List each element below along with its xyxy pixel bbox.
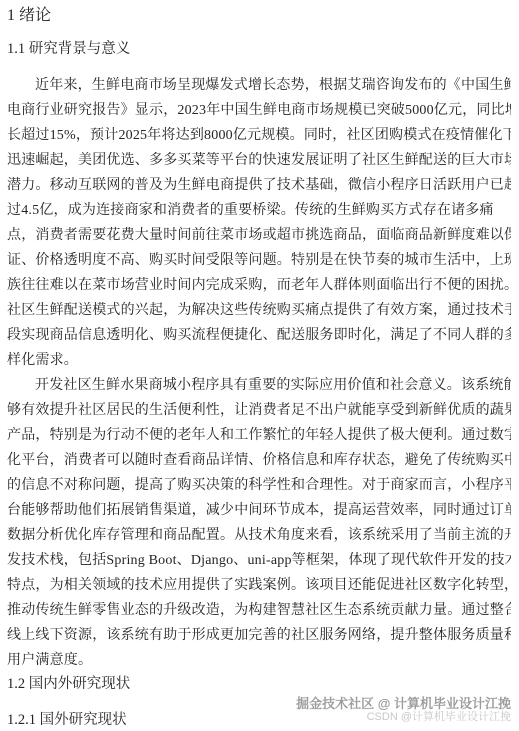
text-line: 开发社区生鲜水果商城小程序具有重要的实际应用价值和社会意义。该系统能 [7,373,511,398]
text-line: 特点，为相关领域的技术应用提供了实践案例。该项目还能促进社区数字化转型， [7,573,511,598]
text-line: 化平台，消费者可以随时查看商品详情、价格信息和库存状态，避免了传统购买中 [7,448,511,473]
watermark-juejin-text: 掘金技术社区 @ 计算机毕业设计江挽 [296,696,511,711]
text-line: 过4.5亿，成为连接商家和消费者的重要桥梁。传统的生鲜购买方式存在诸多痛 [7,198,511,223]
text-line: 用户满意度。 [7,648,511,673]
paragraph-background: 近年来，生鲜电商市场呈现爆发式增长态势，根据艾瑞咨询发布的《中国生鲜电商行业研究… [7,73,511,373]
paragraph-significance: 开发社区生鲜水果商城小程序具有重要的实际应用价值和社会意义。该系统能够有效提升社… [7,373,511,673]
text-line: 电商行业研究报告》显示，2023年中国生鲜电商市场规模已突破5000亿元，同比增 [7,98,511,123]
document-page: 1 绪论 1.1 研究背景与意义 近年来，生鲜电商市场呈现爆发式增长态势，根据艾… [0,0,519,731]
text-line: 长超过15%，预计2025年将达到8000亿元规模。同时，社区团购模式在疫情催化… [7,123,511,148]
text-line: 证、价格透明度不高、购买时间受限等问题。特别是在快节奏的城市生活中，上班 [7,248,511,273]
text-line: 近年来，生鲜电商市场呈现爆发式增长态势，根据艾瑞咨询发布的《中国生鲜 [7,73,511,98]
text-line: 族往往难以在菜市场营业时间内完成采购，而老年人群体则面临出行不便的困扰。 [7,273,511,298]
text-line: 产品，特别是为行动不便的老年人和工作繁忙的年轻人提供了极大便利。通过数字 [7,423,511,448]
text-line: 段实现商品信息透明化、购买流程便捷化、配送服务即时化，满足了不同人群的多 [7,323,511,348]
text-line: 样化需求。 [7,348,511,373]
chapter-title: 1 绪论 [7,6,511,26]
text-line: 社区生鲜配送模式的兴起，为解决这些传统购买痛点提供了有效方案，通过技术手 [7,298,511,323]
section-heading-1-2-1: 1.2.1 国外研究现状 [7,711,511,729]
text-line: 台能够帮助他们拓展销售渠道，减少中间环节成本，提高运营效率，同时通过订单 [7,498,511,523]
section-heading-1-1: 1.1 研究背景与意义 [7,40,511,58]
text-line: 点，消费者需要花费大量时间前往菜市场或超市挑选商品，面临商品新鲜度难以保 [7,223,511,248]
text-line: 推动传统生鲜零售业态的升级改造，为构建智慧社区生态系统贡献力量。通过整合 [7,598,511,623]
text-line: 发技术栈，包括Spring Boot、Django、uni-app等框架，体现了… [7,548,511,573]
text-line: 迅速崛起，美团优选、多多买菜等平台的快速发展证明了社区生鲜配送的巨大市场 [7,148,511,173]
text-line: 数据分析优化库存管理和商品配置。从技术角度来看，该系统采用了当前主流的开 [7,523,511,548]
section-heading-1-2: 1.2 国内外研究现状 [7,675,511,693]
text-line: 的信息不对称问题，提高了购买决策的科学性和合理性。对于商家而言，小程序平 [7,473,511,498]
text-line: 线上线下资源，该系统有助于形成更加完善的社区服务网络，提升整体服务质量和 [7,623,511,648]
text-line: 够有效提升社区居民的生活便利性，让消费者足不出户就能享受到新鲜优质的蔬果 [7,398,511,423]
text-line: 潜力。移动互联网的普及为生鲜电商提供了技术基础，微信小程序日活跃用户已超 [7,173,511,198]
